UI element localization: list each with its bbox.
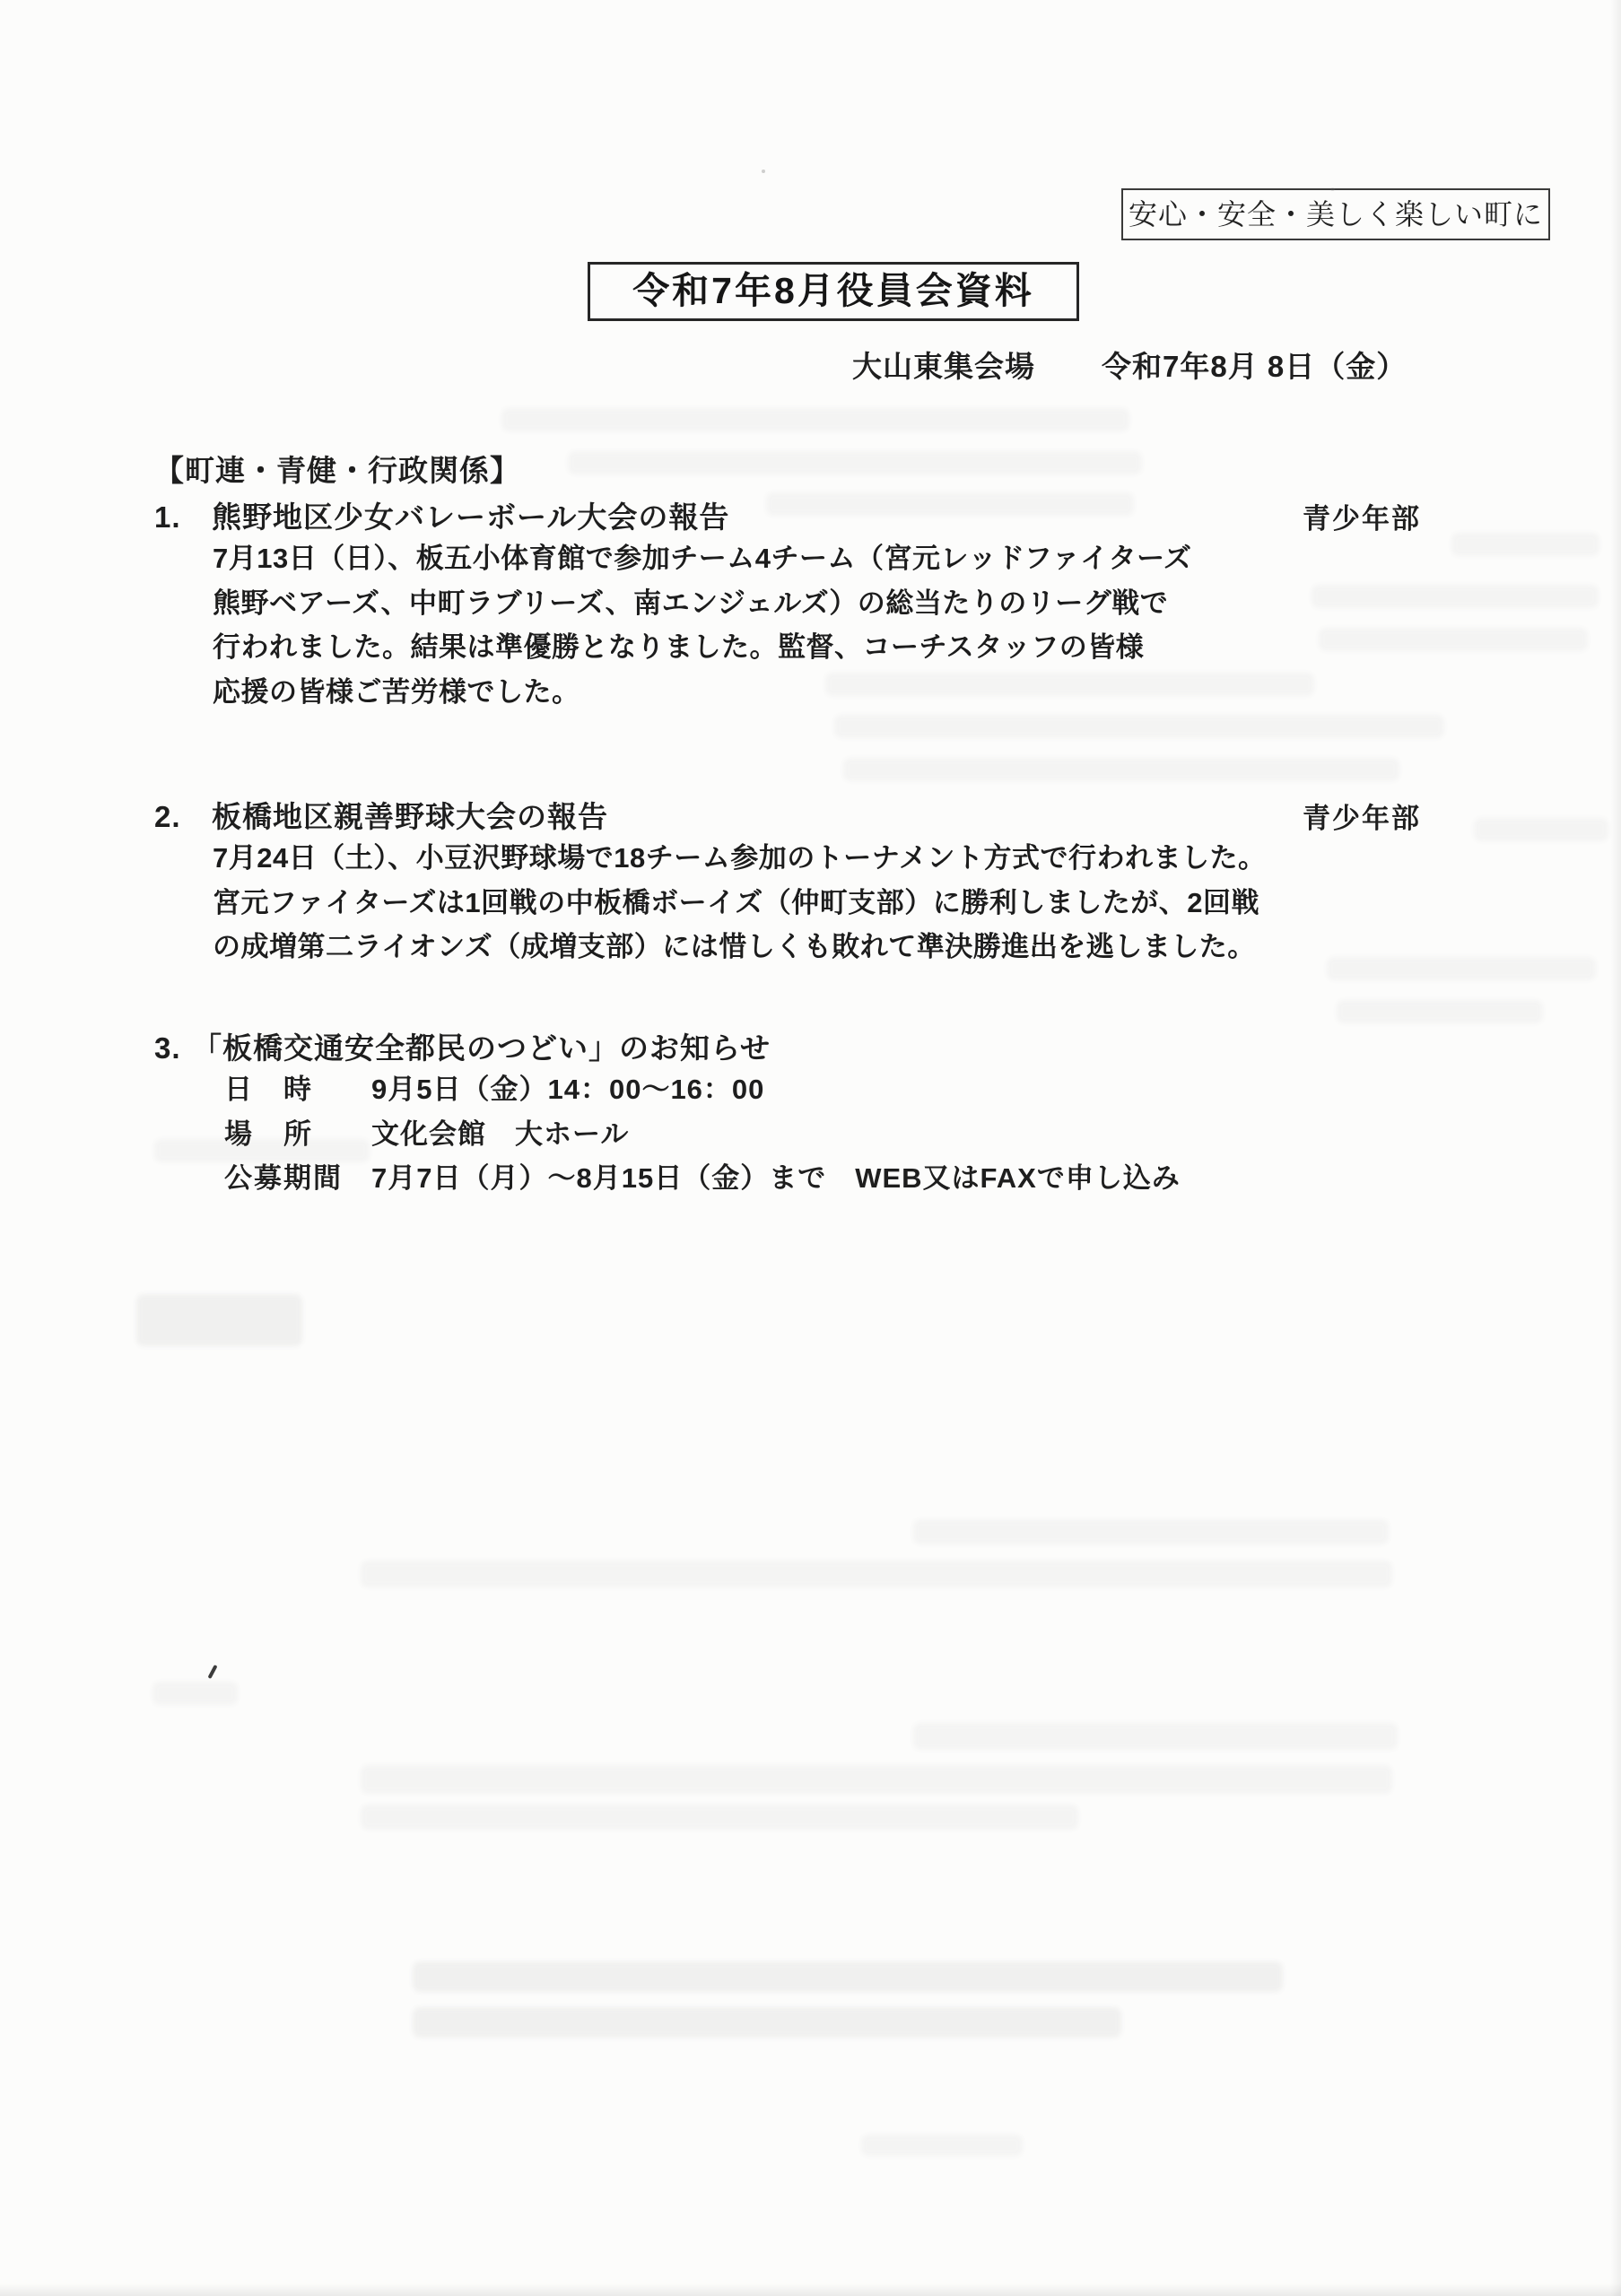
item-3-number: 3.	[154, 1031, 192, 1065]
item-2-body-line: の成増第二ライオンズ（成増支部）には惜しくも敗れて準決勝進出を逃しました。	[213, 925, 1266, 970]
bleedthrough-smudge	[153, 1682, 238, 1705]
item-2-body-line: 宮元ファイターズは1回戦の中板橋ボーイズ（仲町支部）に勝利しましたが、2回戦	[213, 881, 1266, 926]
item-1-title: 熊野地区少女バレーボール大会の報告	[212, 500, 729, 534]
bleedthrough-smudge	[766, 492, 1134, 516]
item-1-number: 1.	[154, 500, 212, 535]
item-3-title-row: 3.「板橋交通安全都民のつどい」のお知らせ	[154, 1025, 771, 1067]
item-1-title-row: 1.熊野地区少女バレーボール大会の報告	[154, 494, 729, 536]
bleedthrough-smudge	[136, 1294, 302, 1346]
scanner-edge-bottom	[0, 2283, 1621, 2296]
detail-label: 日 時	[224, 1067, 371, 1112]
item-3-title: 「板橋交通安全都民のつどい」のお知らせ	[192, 1031, 771, 1065]
item-1-body-line: 熊野ベアーズ、中町ラブリーズ、南エンジェルズ）の総当たりのリーグ戦で	[213, 581, 1192, 626]
bleedthrough-smudge	[1312, 585, 1599, 608]
detail-value: 7月7日（月）～8月15日（金）まで WEB又はFAXで申し込み	[371, 1156, 1181, 1201]
item-2-attribution: 青少年部	[1303, 796, 1421, 836]
detail-value: 文化会館 大ホール	[371, 1112, 629, 1157]
bleedthrough-smudge	[154, 1139, 370, 1162]
scan-artifact-tick	[207, 1665, 217, 1679]
document-title-box: 令和7年8月役員会資料	[588, 262, 1079, 321]
venue: 大山東集会場	[852, 344, 1035, 386]
bleedthrough-smudge	[1451, 533, 1599, 556]
scan-artifact-speck	[762, 170, 765, 173]
bleedthrough-smudge	[1474, 818, 1608, 841]
bleedthrough-smudge	[1319, 628, 1588, 651]
document-title: 令和7年8月役員会資料	[632, 270, 1034, 311]
bleedthrough-smudge	[834, 715, 1444, 738]
bleedthrough-smudge	[1327, 957, 1596, 980]
detail-label: 公募期間	[224, 1156, 371, 1201]
item-1-body-line: 7月13日（日）、板五小体育館で参加チーム4チーム（宮元レッドファイターズ	[213, 536, 1192, 581]
venue-date-line: 大山東集会場 令和7年8月 8日（金）	[852, 344, 1407, 386]
meeting-date: 令和7年8月 8日（金）	[1102, 344, 1407, 386]
bleedthrough-smudge	[825, 673, 1314, 696]
bleedthrough-smudge	[413, 2007, 1121, 2038]
item-2-body: 7月24日（土）、小豆沢野球場で18チーム参加のトーナメント方式で行われました。…	[213, 836, 1266, 970]
detail-row-datetime: 日 時 9月5日（金）14：00～16：00	[224, 1067, 1181, 1112]
item-2-title-row: 2.板橋地区親善野球大会の報告	[154, 794, 608, 836]
slogan-text: 安心・安全・美しく楽しい町に	[1129, 197, 1543, 231]
bleedthrough-smudge	[413, 1961, 1283, 1992]
item-3-details: 日 時 9月5日（金）14：00～16：00 場 所 文化会館 大ホール 公募期…	[224, 1067, 1181, 1201]
item-1-attribution: 青少年部	[1303, 496, 1421, 536]
bleedthrough-smudge	[913, 1723, 1398, 1750]
item-2-title: 板橋地区親善野球大会の報告	[212, 800, 608, 833]
bleedthrough-smudge	[361, 1765, 1392, 1794]
detail-value: 9月5日（金）14：00～16：00	[371, 1067, 764, 1112]
bleedthrough-smudge	[361, 1561, 1392, 1587]
detail-row-period: 公募期間 7月7日（月）～8月15日（金）まで WEB又はFAXで申し込み	[224, 1156, 1181, 1201]
bleedthrough-smudge	[361, 1805, 1078, 1830]
section-heading: 【町連・青健・行政関係】	[154, 448, 520, 490]
bleedthrough-smudge	[501, 408, 1129, 431]
bleedthrough-smudge	[568, 451, 1142, 474]
bleedthrough-smudge	[1337, 1000, 1543, 1023]
slogan-box: 安心・安全・美しく楽しい町に	[1121, 188, 1550, 240]
bleedthrough-smudge	[913, 1519, 1389, 1544]
scanner-edge-right	[1610, 0, 1621, 2296]
bleedthrough-smudge	[843, 758, 1399, 781]
scanned-document-page: 安心・安全・美しく楽しい町に 令和7年8月役員会資料 大山東集会場 令和7年8月…	[0, 0, 1621, 2296]
item-2-number: 2.	[154, 800, 212, 834]
item-2-body-line: 7月24日（土）、小豆沢野球場で18チーム参加のトーナメント方式で行われました。	[213, 836, 1266, 881]
bleedthrough-smudge	[861, 2135, 1023, 2156]
scan-artifact-speck	[1330, 187, 1335, 191]
item-1-body-line: 行われました。結果は準優勝となりました。監督、コーチスタッフの皆様	[213, 625, 1192, 670]
